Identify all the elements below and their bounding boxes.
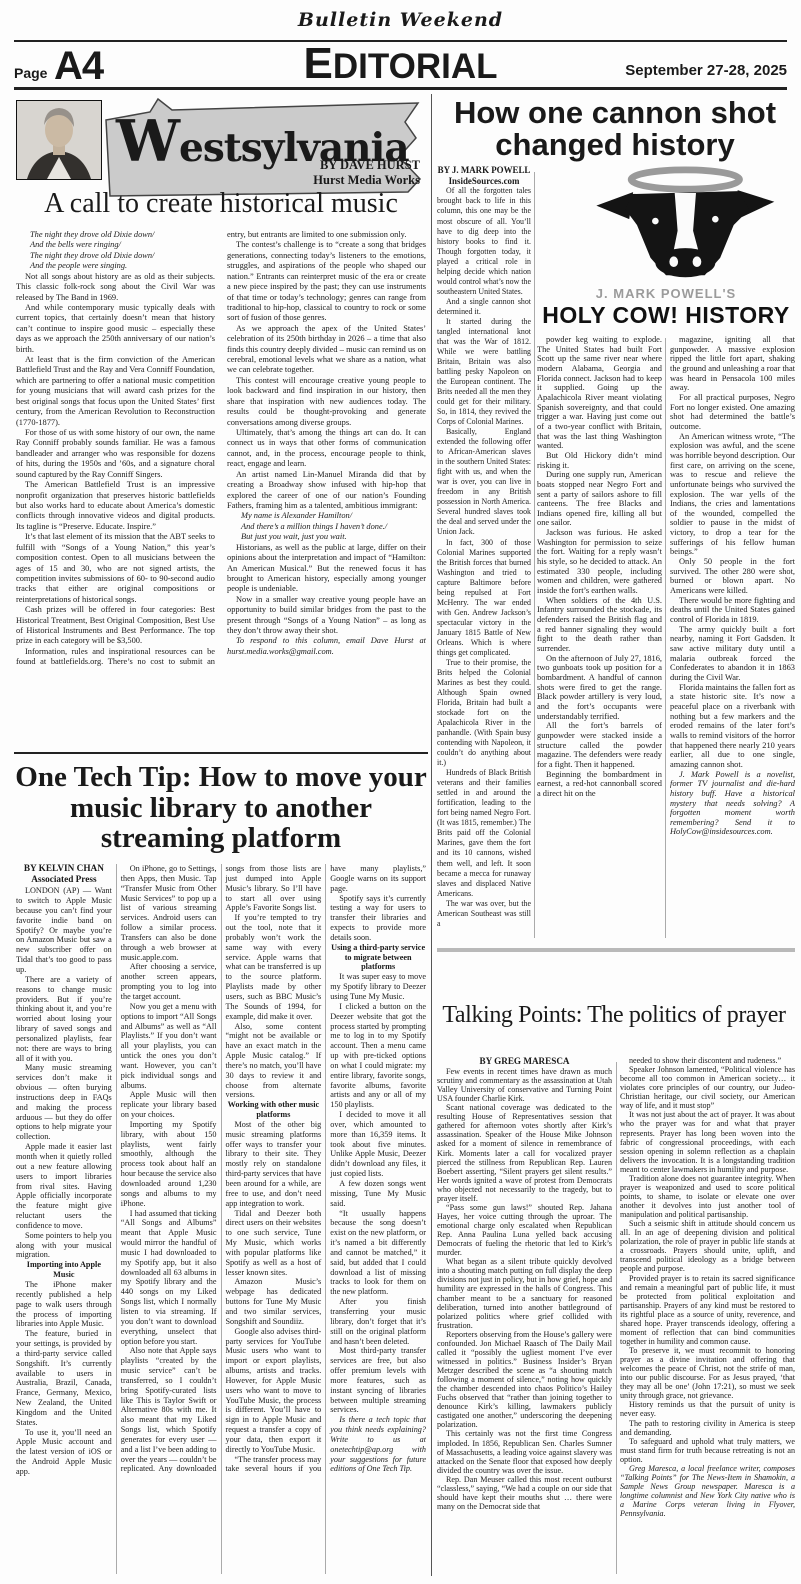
paragraph: Hundreds of Black British veterans and t…: [437, 768, 531, 898]
paragraph: And while contemporary music typically d…: [16, 303, 215, 355]
paragraph: BY KELVIN CHAN: [16, 864, 112, 875]
paragraph: And there’s a million things I haven’t d…: [227, 522, 426, 532]
westsylvania-article-body: The night they drove old Dixie down/And …: [16, 230, 426, 744]
paragraph: To safeguard and uphold what truly matte…: [620, 1437, 795, 1464]
paragraph: To use it, you’ll need an Apple Music ac…: [16, 1428, 112, 1477]
paragraph: There would be more fighting and deaths …: [670, 596, 795, 625]
paragraph: After you finish transferring your music…: [330, 1297, 426, 1346]
paragraph: But just you wait, just you wait.: [227, 532, 426, 542]
paragraph: When soldiers of the 4th U.S. Infantry s…: [537, 596, 662, 654]
paragraph: Spotify says it’s currently testing a wa…: [330, 894, 426, 943]
cannon-column-rule-2: [665, 338, 666, 938]
cannon-lower-columns: powder keg waiting to explode. The Unite…: [537, 335, 795, 941]
paragraph: This contest will encourage creative you…: [227, 376, 426, 428]
paragraph: Only 50 people in the fort survived. The…: [670, 557, 795, 596]
paragraph: BY J. MARK POWELL: [437, 165, 531, 176]
paragraph: And a single cannon shot determined it.: [437, 297, 531, 317]
paragraph: In fact, 300 of those Colonial Marines s…: [437, 538, 531, 658]
paragraph: Historians, as well as the public at lar…: [227, 543, 426, 595]
techtip-article-body: BY KELVIN CHANAssociated PressLONDON (AP…: [16, 864, 426, 1574]
paragraph: The path to restoring civility in Americ…: [620, 1419, 795, 1437]
paragraph: Is there a tech topic that you think nee…: [330, 1415, 426, 1474]
paragraph: True to their promise, the Brits helped …: [437, 658, 531, 768]
paragraph: Tidal and Deezer both direct users on th…: [226, 1209, 322, 1278]
paragraph: The feature, buried in your settings, is…: [16, 1329, 112, 1427]
paragraph: It was super easy to move my Spotify lib…: [330, 972, 426, 1002]
cannon-column-3: magazine, igniting all that gunpowder. A…: [670, 335, 795, 941]
techtip-headline: One Tech Tip: How to move your music lib…: [14, 762, 428, 854]
paragraph: Importing my Spotify library, with about…: [121, 1120, 217, 1209]
paragraph: Florida maintains the fallen fort as a s…: [670, 683, 795, 770]
paragraph: The army quickly built a fort nearby, na…: [670, 625, 795, 683]
paragraph: On iPhone, go to Settings, then Apps, th…: [121, 864, 217, 962]
paragraph: To preserve it, we must recommit to hono…: [620, 1346, 795, 1400]
paragraph: The night they drove old Dixie down/: [16, 251, 215, 261]
cannon-headline: How one cannon shot changed history: [437, 97, 793, 160]
paragraph: Cash prizes will be offered in four cate…: [16, 605, 215, 647]
paragraph: But Old Hickory didn’t mind risking it.: [537, 451, 662, 470]
paragraph: Importing into Apple Music: [16, 1260, 112, 1280]
talkingpoints-column-rule: [616, 1062, 617, 1574]
paragraph: Amazon Music’s webpage has dedicated but…: [226, 1277, 322, 1326]
paragraph: Now you get a menu with options to impor…: [121, 1002, 217, 1091]
paragraph: During one supply run, American boats st…: [537, 470, 662, 528]
paragraph: What began as a silent tribute quickly d…: [437, 1257, 612, 1330]
cannon-column-1: BY J. MARK POWELLInsideSources.comOf all…: [437, 165, 531, 941]
paragraph: Of all the forgotten tales brought back …: [437, 186, 531, 296]
holy-cow-history-logo: J. MARK POWELL'S HOLY COW! HISTORY: [537, 165, 795, 335]
paragraph: Jackson was furious. He asked Washington…: [537, 528, 662, 596]
paragraph: And the people were singing.: [16, 261, 215, 271]
paragraph: It started during the tangled internatio…: [437, 317, 531, 427]
westsylvania-organization: Hurst Media Works: [313, 173, 420, 188]
cannon-column-rule-1: [534, 172, 535, 938]
paragraph: magazine, igniting all that gunpowder. A…: [670, 335, 795, 393]
paragraph: Such a seismic shift in attitude should …: [620, 1219, 795, 1273]
paragraph: Associated Press: [16, 875, 112, 886]
paragraph: LONDON (AP) — Want to switch to Apple Mu…: [16, 886, 112, 975]
paragraph: I had assumed that ticking “All Songs an…: [121, 1209, 217, 1347]
halo-icon: [631, 170, 739, 189]
paragraph: Reporters observing from the House’s gal…: [437, 1330, 612, 1430]
techtip-section-divider: [14, 752, 428, 754]
paragraph: My name is Alexander Hamilton/: [227, 511, 426, 521]
paragraph: The war was over, but the American South…: [437, 899, 531, 929]
paragraph: And the bells were ringing/: [16, 240, 215, 250]
paragraph: InsideSources.com: [437, 176, 531, 187]
paragraph: powder keg waiting to explode. The Unite…: [537, 335, 662, 451]
talkingpoints-column-1: BY GREG MARESCAFew events in recent time…: [437, 1056, 612, 1578]
paragraph: “Pass some gun laws!” shouted Rep. Jahan…: [437, 1203, 612, 1257]
paragraph: All the fort’s barrels of gunpowder were…: [537, 721, 662, 769]
paragraph: “It usually happens because the song doe…: [330, 1209, 426, 1298]
newspaper-page: Bulletin Weekend Page A4 EDITORIAL Septe…: [0, 0, 801, 1584]
paragraph: Speaker Johnson lamented, “Political vio…: [620, 1065, 795, 1110]
paragraph: I clicked a button on the Deezer website…: [330, 1002, 426, 1110]
paragraph: Now in a smaller way creative young peop…: [227, 595, 426, 637]
paragraph: Some pointers to help you along with you…: [16, 1231, 112, 1261]
paragraph: Google also advises third-party services…: [226, 1327, 322, 1455]
paragraph: BY GREG MARESCA: [437, 1056, 612, 1067]
westsylvania-headline: A call to create historical music: [14, 188, 428, 220]
paragraph: I decided to move it all over, which amo…: [330, 1110, 426, 1179]
paragraph: After choosing a service, another screen…: [121, 962, 217, 1001]
cannon-article-body: BY J. MARK POWELLInsideSources.comOf all…: [437, 165, 795, 941]
paragraph: The contest’s challenge is to “create a …: [227, 240, 426, 323]
paragraph: Ultimately, that’s among the things art …: [227, 428, 426, 470]
paragraph: Using a third-party service to migrate b…: [330, 943, 426, 973]
paragraph: Rep. Dan Meuser called this most recent …: [437, 1475, 612, 1511]
paragraph: Apple Music will then replicate your lib…: [121, 1090, 217, 1120]
paragraph: Not all songs about history are as old a…: [16, 272, 215, 303]
talkingpoints-section-divider: [437, 948, 795, 952]
paragraph: Also, some content “might not be availab…: [226, 1022, 322, 1101]
paragraph: History reminds us that the pursuit of u…: [620, 1400, 795, 1418]
dave-hurst-photo: [16, 100, 102, 180]
paragraph: It was not just about the act of prayer.…: [620, 1110, 795, 1173]
talkingpoints-column-2: needed to show their discontent and rude…: [620, 1056, 795, 1578]
paragraph: Working with other music platforms: [226, 1100, 322, 1120]
paragraph: needed to show their discontent and rude…: [620, 1056, 795, 1065]
paragraph: If you’re tempted to try out the tool, n…: [226, 913, 322, 1021]
cannon-column-2: powder keg waiting to explode. The Unite…: [537, 335, 662, 941]
paragraph: It’s that last element of its mission th…: [16, 532, 215, 605]
paragraph: There are a variety of reasons to change…: [16, 975, 112, 1064]
paragraph: Greg Maresca, a local freelance writer, …: [620, 1464, 795, 1518]
paragraph: Beginning the bombardment in earnest, a …: [537, 770, 662, 799]
paragraph: On the afternoon of July 27, 1816, two g…: [537, 654, 662, 722]
paragraph: For those of us with some history of our…: [16, 428, 215, 480]
talkingpoints-headline: Talking Points: The politics of prayer: [431, 1002, 797, 1029]
paragraph: Most third-party transfer services are f…: [330, 1346, 426, 1415]
paragraph: Few events in recent times have drawn as…: [437, 1067, 612, 1103]
paragraph: J. Mark Powell is a novelist, former TV …: [670, 770, 795, 838]
westsylvania-byline: BY DAVE HURST Hurst Media Works: [313, 158, 420, 188]
header-divider: [14, 87, 787, 90]
masthead-title: Bulletin Weekend: [0, 9, 801, 31]
paragraph: The night they drove old Dixie down/: [16, 230, 215, 240]
paragraph: At least that is the firm conviction of …: [16, 355, 215, 428]
paragraph: Scant national coverage was dedicated to…: [437, 1103, 612, 1203]
paragraph: For all practical purposes, Negro Fort n…: [670, 393, 795, 432]
paragraph: The American Battlefield Trust is an imp…: [16, 480, 215, 532]
paragraph: Tradition alone does not guarantee integ…: [620, 1174, 795, 1219]
paragraph: As we approach the apex of the United St…: [227, 324, 426, 376]
cannon-right-region: J. MARK POWELL'S HOLY COW! HISTORY powde…: [537, 165, 795, 941]
edition-date: September 27-28, 2025: [625, 62, 787, 79]
paragraph: A few dozen songs went missing, Tune My …: [330, 1179, 426, 1209]
paragraph: Most of the other big music streaming pl…: [226, 1120, 322, 1209]
paragraph: Many music streaming services don’t make…: [16, 1063, 112, 1142]
paragraph: Basically, England extended the followin…: [437, 427, 531, 537]
paragraph: An American witness wrote, “The explosio…: [670, 432, 795, 558]
paragraph: Provided prayer is to retain its sacred …: [620, 1274, 795, 1347]
holycow-title-text: HOLY COW! HISTORY: [537, 302, 795, 329]
westsylvania-author: BY DAVE HURST: [313, 158, 420, 173]
holycow-owner-text: J. MARK POWELL'S: [537, 286, 795, 301]
paragraph: To respond to this column, email Dave Hu…: [227, 636, 426, 657]
paragraph: This certainly was not the first time Co…: [437, 1429, 612, 1474]
paragraph: An artist named Lin-Manuel Miranda did t…: [227, 470, 426, 512]
paragraph: The iPhone maker recently published a he…: [16, 1280, 112, 1329]
main-column-divider: [431, 94, 432, 1576]
paragraph: Apple made it easier last month when it …: [16, 1142, 112, 1231]
page-header: Page A4 EDITORIAL September 27-28, 2025: [14, 45, 787, 83]
holy-cow-icon: [537, 165, 795, 283]
